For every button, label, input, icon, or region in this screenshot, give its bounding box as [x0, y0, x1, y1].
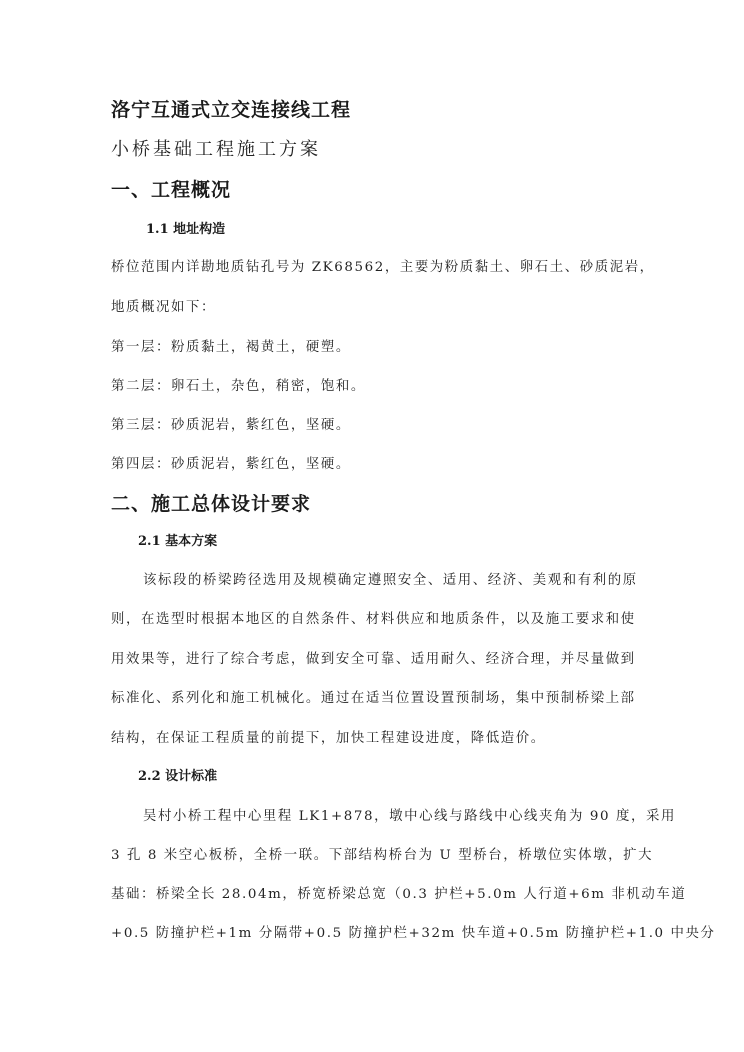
subsection-heading-2-1: 2.1 基本方案 [138, 530, 217, 549]
paragraph-line: +0.5 防撞护栏+1m 分隔带+0.5 防撞护栏+32m 快车道+0.5m 防… [111, 922, 716, 941]
paragraph-line: 用效果等，进行了综合考虑，做到安全可靠、适用耐久、经济合理，并尽量做到 [111, 648, 636, 667]
paragraph-line: 第一层：粉质黏土，褐黄土，硬塑。 [111, 336, 351, 355]
paragraph-line: 该标段的桥梁跨径选用及规模确定遵照安全、适用、经济、美观和有利的原 [143, 569, 638, 588]
paragraph-line: 第二层：卵石土，杂色，稍密，饱和。 [111, 375, 366, 394]
paragraph-line: 桥位范围内详勘地质钻孔号为 ZK68562，主要为粉质黏土、卵石土、砂质泥岩， [111, 256, 655, 275]
paragraph-line: 地质概况如下： [111, 296, 216, 315]
section-heading-2: 二、施工总体设计要求 [111, 489, 311, 516]
paragraph-line: 则，在选型时根据本地区的自然条件、材料供应和地质条件，以及施工要求和使 [111, 608, 636, 627]
subsection-heading-2-2: 2.2 设计标准 [138, 765, 217, 784]
paragraph-line: 第三层：砂质泥岩，紫红色，坚硬。 [111, 414, 351, 433]
paragraph-line: 第四层：砂质泥岩，紫红色，坚硬。 [111, 453, 351, 472]
paragraph-line: 3 孔 8 米空心板桥，全桥一联。下部结构桥台为 U 型桥台，桥墩位实体墩，扩大 [111, 844, 653, 863]
paragraph-line: 标准化、系列化和施工机械化。通过在适当位置设置预制场，集中预制桥梁上部 [111, 687, 636, 706]
document-page: 洛宁互通式立交连接线工程 小桥基础工程施工方案 一、工程概况 1.1 地址构造 … [0, 0, 744, 1052]
paragraph-line: 基础：桥梁全长 28.04m，桥宽桥梁总宽（0.3 护栏+5.0m 人行道+6m… [111, 883, 686, 902]
document-subtitle: 小桥基础工程施工方案 [111, 135, 321, 161]
subsection-heading-1-1: 1.1 地址构造 [146, 218, 225, 237]
paragraph-line: 结构，在保证工程质量的前提下，加快工程建设进度，降低造价。 [111, 727, 546, 746]
paragraph-line: 吴村小桥工程中心里程 LK1+878，墩中心线与路线中心线夹角为 90 度，采用 [143, 805, 676, 824]
section-heading-1: 一、工程概况 [111, 175, 231, 202]
document-title: 洛宁互通式立交连接线工程 [111, 95, 351, 122]
